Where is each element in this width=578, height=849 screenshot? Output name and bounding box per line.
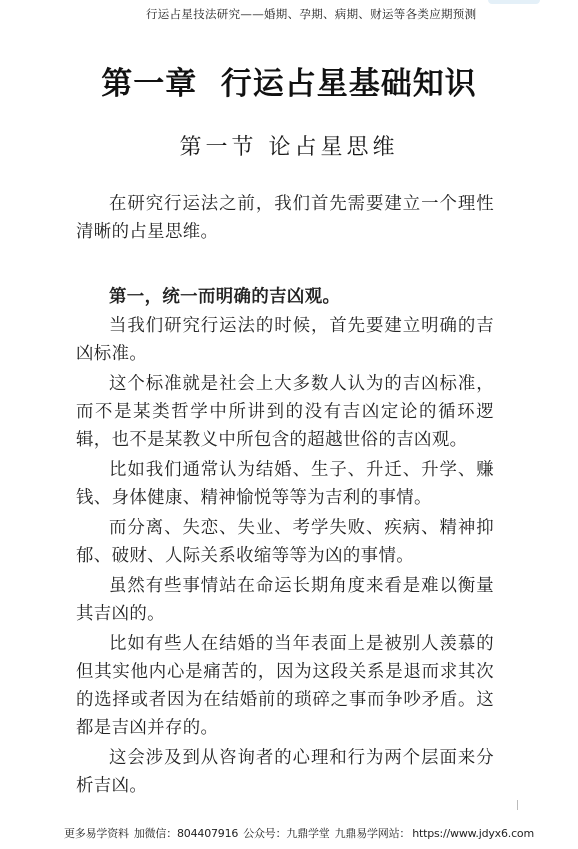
footer-official-account: 公众号：九鼎学堂 <box>243 827 329 840</box>
running-header: 行运占星技法研究——婚期、孕期、病期、财运等各类应期预测 <box>0 6 578 22</box>
paragraph: 这个标准就是社会上大多数人认为的吉凶标准，而不是某类哲学中所讲到的没有吉凶定论的… <box>76 370 494 454</box>
footer-website-link[interactable]: https://www.jdyx6.com <box>412 827 534 840</box>
paragraph: 当我们研究行运法的时候，首先要建立明确的吉凶标准。 <box>76 312 494 368</box>
footer-more-materials: 更多易学资料 <box>64 827 129 840</box>
body-block: 第一，统一而明确的吉凶观。 当我们研究行运法的时候，首先要建立明确的吉凶标准。 … <box>76 283 494 800</box>
paragraph: 而分离、失恋、失业、考学失败、疾病、精神抑郁、破财、人际关系收缩等等为凶的事情。 <box>76 514 494 570</box>
footer-wechat: 加微信：804407916 <box>134 827 238 840</box>
intro-block: 在研究行运法之前，我们首先需要建立一个理性清晰的占星思维。 <box>76 190 494 246</box>
intro-paragraph: 在研究行运法之前，我们首先需要建立一个理性清晰的占星思维。 <box>76 190 494 246</box>
section-title: 第一节 论占星思维 <box>0 130 578 161</box>
chapter-title: 第一章 行运占星基础知识 <box>0 58 578 103</box>
paragraph: 比如我们通常认为结婚、生子、升迁、升学、赚钱、身体健康、精神愉悦等等为吉利的事情… <box>76 456 494 512</box>
paragraph: 虽然有些事情站在命运长期角度来看是难以衡量其吉凶的。 <box>76 572 494 628</box>
footer-website-label: 九鼎易学网站： <box>335 827 411 840</box>
top-accent-decoration <box>488 0 540 4</box>
footer: 更多易学资料加微信：804407916公众号：九鼎学堂九鼎易学网站：https:… <box>0 825 578 841</box>
paragraph: 比如有些人在结婚的当年表面上是被别人羡慕的但其实他内心是痛苦的，因为这段关系是退… <box>76 630 494 742</box>
page-marker-line <box>517 800 518 810</box>
subheading: 第一，统一而明确的吉凶观。 <box>76 283 494 311</box>
paragraph: 这会涉及到从咨询者的心理和行为两个层面来分析吉凶。 <box>76 744 494 800</box>
